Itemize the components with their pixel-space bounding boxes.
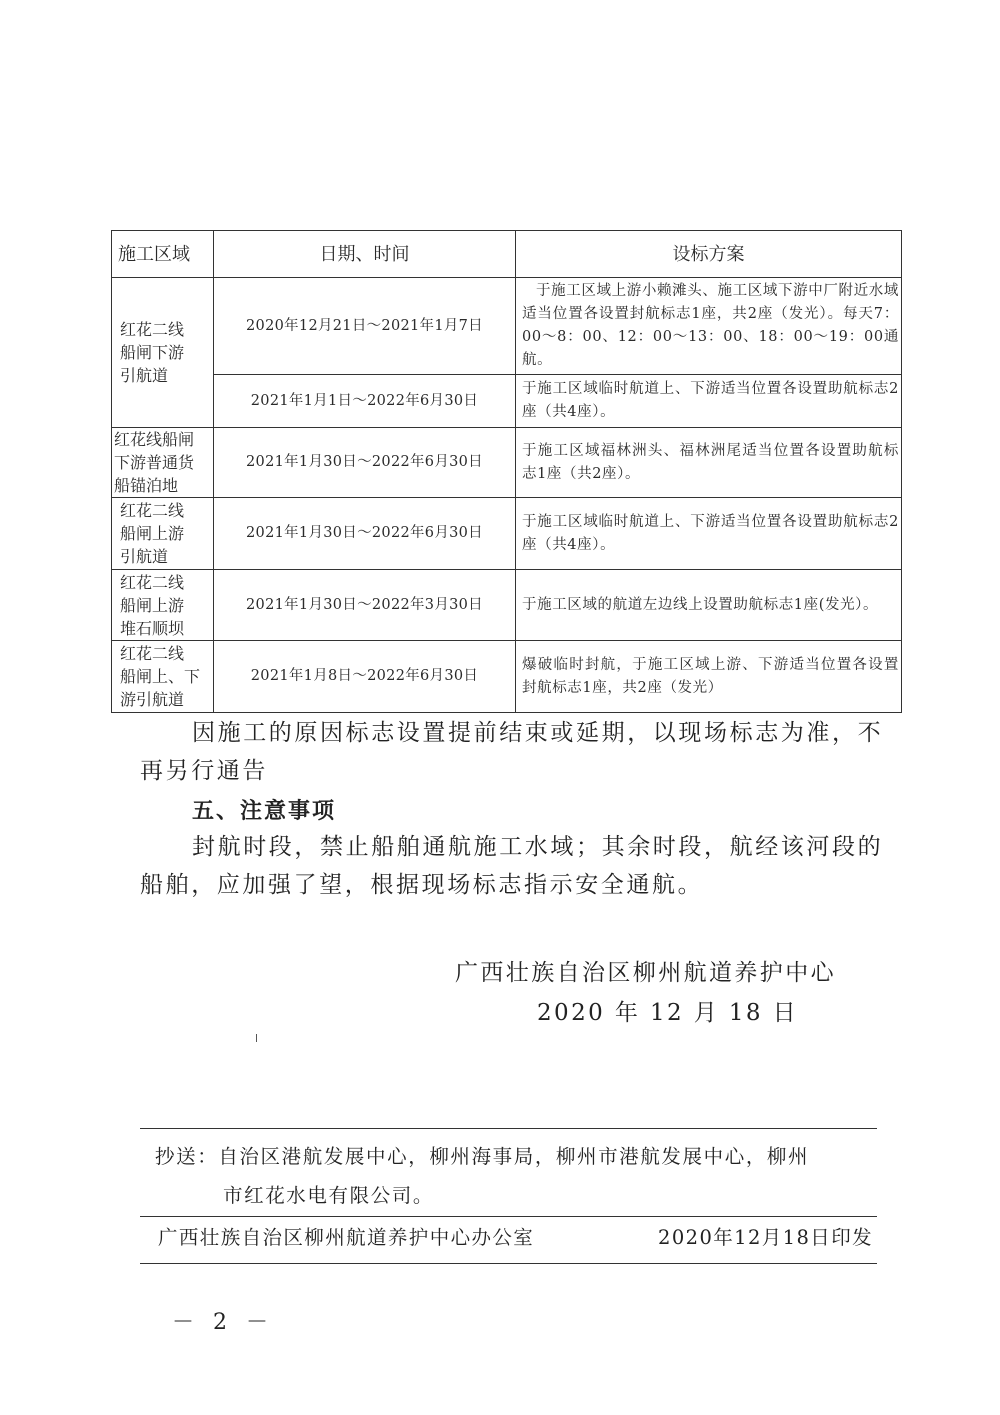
area-line: 船闸上游 [120,522,211,545]
area-line: 游引航道 [120,688,211,711]
area-cell: 红花二线 船闸上、下 游引航道 [112,641,214,713]
area-line: 堆石顺坝 [120,617,211,640]
cc-label: 抄送： [155,1145,218,1168]
area-line: 船闸上、下 [120,665,211,688]
page-number: － 2 － [172,1305,274,1336]
plan-cell: 于施工区域的航道左边线上设置助航标志1座(发光）。 [516,570,902,641]
plan-cell: 于施工区域临时航道上、下游适当位置各设置助航标志2座（共4座）。 [516,498,902,570]
cc-line-2: 市红花水电有限公司。 [155,1176,875,1215]
area-line: 红花二线 [120,642,211,665]
date-cell: 2021年1月30日～2022年6月30日 [214,428,516,498]
date-cell: 2021年1月8日～2022年6月30日 [214,641,516,713]
issuer-line: 广西壮族自治区柳州航道养护中心办公室 2020年12月18日印发 [158,1222,873,1250]
table-row: 红花线船闸 下游普通货 船锚泊地 2021年1月30日～2022年6月30日 于… [112,428,902,498]
construction-signage-table: 施工区域 日期、时间 设标方案 红花二线 船闸下游 引航道 2020年12月21… [111,230,902,713]
section-heading-precautions: 五、注意事项 [192,794,336,825]
issue-date: 2020年12月18日印发 [658,1222,873,1250]
header-date: 日期、时间 [214,231,516,278]
area-line: 红花二线 [120,571,211,594]
plan-cell: 爆破临时封航，于施工区域上游、下游适当位置各设置封航标志1座，共2座（发光） [516,641,902,713]
signature-org: 广西壮族自治区柳州航道养护中心 [455,954,836,987]
area-line: 船闸上游 [120,594,211,617]
table-row: 2021年1月1日～2022年6月30日 于施工区域临时航道上、下游适当位置各设… [112,375,902,428]
divider-middle [140,1216,877,1217]
area-line: 引航道 [120,364,211,387]
precautions-paragraph: 封航时段，禁止船舶通航施工水域；其余时段，航经该河段的船舶，应加强了望，根据现场… [140,828,885,904]
date-cell: 2020年12月21日～2021年1月7日 [214,278,516,375]
table-row: 红花二线 船闸下游 引航道 2020年12月21日～2021年1月7日 于施工区… [112,278,902,375]
area-line: 红花二线 [120,318,211,341]
plan-cell: 于施工区域福林洲头、福林洲尾适当位置各设置助航标志1座（共2座）。 [516,428,902,498]
scan-mark [256,1034,257,1042]
divider-top [140,1128,877,1129]
note-paragraph: 因施工的原因标志设置提前结束或延期，以现场标志为准，不再另行通告 [140,714,885,790]
date-cell: 2021年1月30日～2022年3月30日 [214,570,516,641]
date-cell: 2021年1月1日～2022年6月30日 [214,375,516,428]
date-cell: 2021年1月30日～2022年6月30日 [214,498,516,570]
area-line: 红花线船闸 [114,428,211,451]
area-line: 船锚泊地 [114,474,211,497]
plan-cell: 于施工区域上游小赖滩头、施工区域下游中厂附近水域适当位置各设置封航标志1座，共2… [516,278,902,375]
area-line: 引航道 [120,545,211,568]
divider-bottom [140,1263,877,1264]
table-row: 红花二线 船闸上游 堆石顺坝 2021年1月30日～2022年3月30日 于施工… [112,570,902,641]
plan-cell: 于施工区域临时航道上、下游适当位置各设置助航标志2座（共4座）。 [516,375,902,428]
table-row: 红花二线 船闸上游 引航道 2021年1月30日～2022年6月30日 于施工区… [112,498,902,570]
area-cell: 红花线船闸 下游普通货 船锚泊地 [112,428,214,498]
header-plan: 设标方案 [516,231,902,278]
header-area: 施工区域 [112,231,214,278]
signature-date: 2020 年 12 月 18 日 [537,994,798,1027]
area-cell: 红花二线 船闸上游 堆石顺坝 [112,570,214,641]
cc-line-1: 自治区港航发展中心，柳州海事局，柳州市港航发展中心，柳州 [218,1145,809,1168]
table-header-row: 施工区域 日期、时间 设标方案 [112,231,902,278]
area-line: 下游普通货 [114,451,211,474]
table-row: 红花二线 船闸上、下 游引航道 2021年1月8日～2022年6月30日 爆破临… [112,641,902,713]
area-cell: 红花二线 船闸下游 引航道 [112,278,214,428]
area-cell: 红花二线 船闸上游 引航道 [112,498,214,570]
cc-block: 抄送：自治区港航发展中心，柳州海事局，柳州市港航发展中心，柳州 市红花水电有限公… [155,1137,875,1215]
area-line: 红花二线 [120,499,211,522]
area-line: 船闸下游 [120,341,211,364]
issuer-office: 广西壮族自治区柳州航道养护中心办公室 [158,1222,534,1250]
